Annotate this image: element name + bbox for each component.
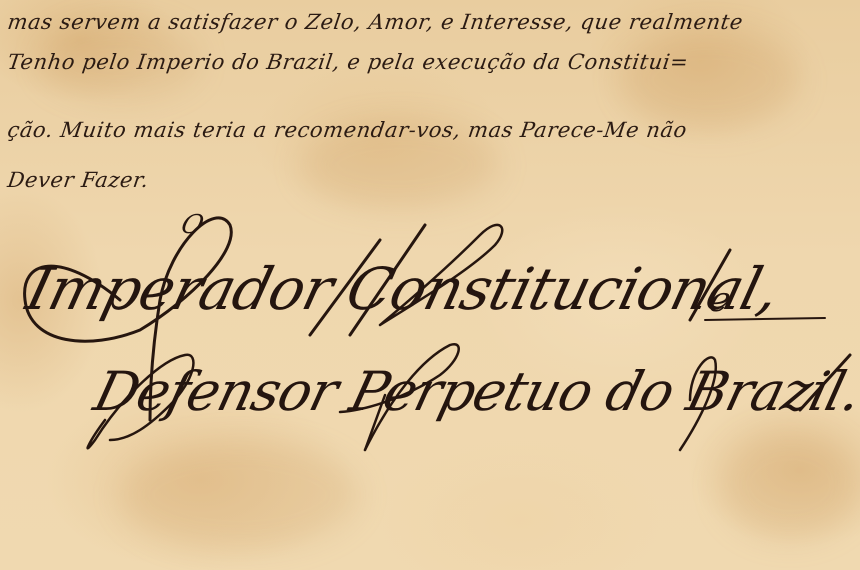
paper-stain xyxy=(620,30,800,130)
manuscript-line-1: mas servem a satisfazer o Zelo, Amor, e … xyxy=(6,10,745,34)
manuscript-line-4: Dever Fazer. xyxy=(6,168,150,192)
signature-prefix: O xyxy=(178,210,207,240)
signature-line-2: Defensor Perpetuo do Brazil. xyxy=(88,360,860,423)
paper-stain xyxy=(120,440,360,550)
manuscript-page: mas servem a satisfazer o Zelo, Amor, e … xyxy=(0,0,860,570)
manuscript-line-2: Tenho pelo Imperio do Brazil, e pela exe… xyxy=(6,50,690,74)
signature-line-1: Imperador Constitucional, xyxy=(20,255,786,323)
paper-stain xyxy=(720,430,860,540)
manuscript-line-3: ção. Muito mais teria a recomendar-vos, … xyxy=(6,118,689,142)
